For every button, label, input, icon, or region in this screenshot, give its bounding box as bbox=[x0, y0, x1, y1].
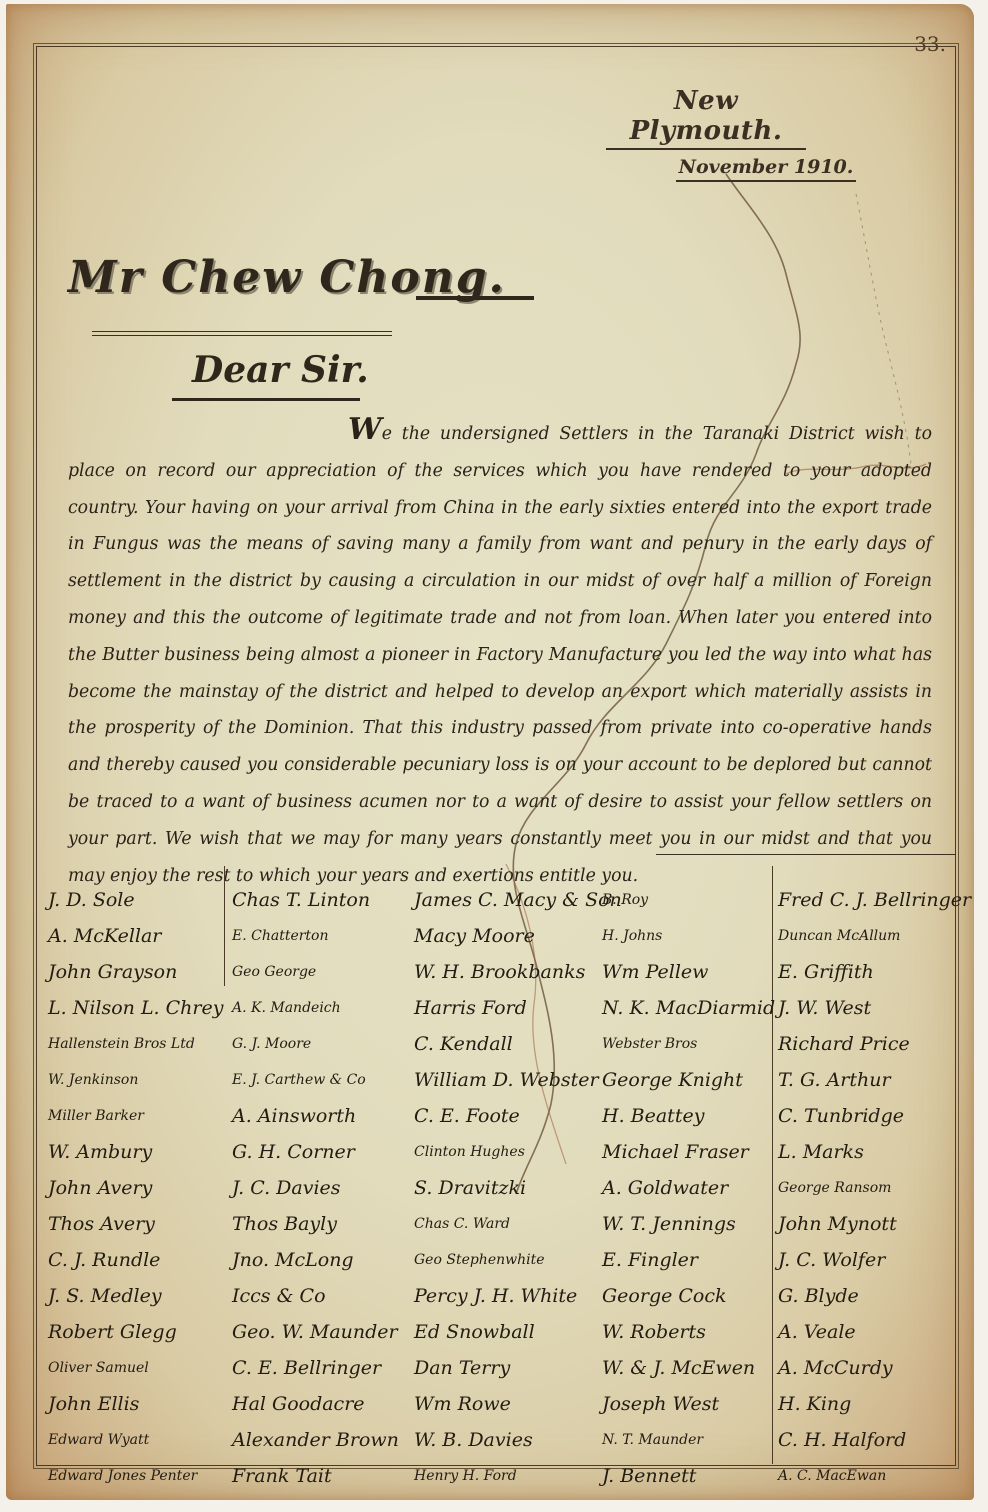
signature-column-5: Fred C. J. Bellringer Duncan McAllum E. … bbox=[778, 882, 971, 1494]
signature: W. Roberts bbox=[602, 1314, 775, 1350]
column-divider bbox=[224, 866, 225, 986]
letter-page: 33. New Plymouth. November 1910. Mr Chew… bbox=[6, 4, 974, 1500]
signature: Henry H. Ford bbox=[414, 1458, 622, 1494]
signature: W. & J. McEwen bbox=[602, 1350, 775, 1386]
signature: J. W. West bbox=[778, 990, 971, 1026]
signature: Richard Price bbox=[778, 1026, 971, 1062]
signature: Frank Tait bbox=[232, 1458, 399, 1494]
signature: Geo George bbox=[232, 954, 399, 990]
signature: Wm Rowe bbox=[414, 1386, 622, 1422]
closing-rule bbox=[656, 854, 956, 855]
signature: Thos Avery bbox=[48, 1206, 223, 1242]
signature: E. Chatterton bbox=[232, 918, 399, 954]
signature: W. H. Brookbanks bbox=[414, 954, 622, 990]
signature: A. McCurdy bbox=[778, 1350, 971, 1386]
signature: A. McKellar bbox=[48, 918, 223, 954]
signature-column-2: Chas T. Linton E. Chatterton Geo George … bbox=[232, 882, 399, 1494]
signature: Robert Glegg bbox=[48, 1314, 223, 1350]
signature: W. Jenkinson bbox=[48, 1062, 223, 1098]
body-text: on record our appreciation of the servic… bbox=[68, 461, 932, 886]
signature: A. Goldwater bbox=[602, 1170, 775, 1206]
signature: Michael Fraser bbox=[602, 1134, 775, 1170]
signature: L. Marks bbox=[778, 1134, 971, 1170]
signature: S. Dravitzki bbox=[414, 1170, 622, 1206]
signature: J. C. Davies bbox=[232, 1170, 399, 1206]
signature: L. Nilson L. Chrey bbox=[48, 990, 223, 1026]
signature: W. Ambury bbox=[48, 1134, 223, 1170]
drop-initial: W bbox=[348, 412, 382, 447]
addressee-underline bbox=[92, 331, 392, 336]
signature: T. G. Arthur bbox=[778, 1062, 971, 1098]
signature: Duncan McAllum bbox=[778, 918, 971, 954]
signature: Dan Terry bbox=[414, 1350, 622, 1386]
signature: Edward Jones Penter bbox=[48, 1458, 223, 1494]
signature: George Knight bbox=[602, 1062, 775, 1098]
signature: A. K. Mandeich bbox=[232, 990, 399, 1026]
signature: Hal Goodacre bbox=[232, 1386, 399, 1422]
signature-column-3: James C. Macy & Son Macy Moore W. H. Bro… bbox=[414, 882, 622, 1494]
signatures-block: J. D. Sole A. McKellar John Grayson L. N… bbox=[36, 866, 954, 1464]
signature: G. Blyde bbox=[778, 1278, 971, 1314]
signature: Iccs & Co bbox=[232, 1278, 399, 1314]
signature: W. T. Jennings bbox=[602, 1206, 775, 1242]
signature: E. Griffith bbox=[778, 954, 971, 990]
signature: H. Johns bbox=[602, 918, 775, 954]
letter-body: We the undersigned Settlers in the Taran… bbox=[68, 412, 932, 894]
signature: J. D. Sole bbox=[48, 882, 223, 918]
signature: Ed Snowball bbox=[414, 1314, 622, 1350]
signature: James C. Macy & Son bbox=[414, 882, 622, 918]
signature: G. J. Moore bbox=[232, 1026, 399, 1062]
signature: B. Roy bbox=[602, 882, 775, 918]
signature-column-1: J. D. Sole A. McKellar John Grayson L. N… bbox=[48, 882, 223, 1494]
signature: John Mynott bbox=[778, 1206, 971, 1242]
signature: C. E. Bellringer bbox=[232, 1350, 399, 1386]
signature: Clinton Hughes bbox=[414, 1134, 622, 1170]
signature: C. J. Rundle bbox=[48, 1242, 223, 1278]
signature: W. B. Davies bbox=[414, 1422, 622, 1458]
signature: N. T. Maunder bbox=[602, 1422, 775, 1458]
signature-column-4: B. Roy H. Johns Wm Pellew N. K. MacDiarm… bbox=[602, 882, 775, 1494]
signature: Geo. W. Maunder bbox=[232, 1314, 399, 1350]
signature: George Ransom bbox=[778, 1170, 971, 1206]
signature: C. E. Foote bbox=[414, 1098, 622, 1134]
signature: George Cock bbox=[602, 1278, 775, 1314]
signature: Joseph West bbox=[602, 1386, 775, 1422]
signature: Wm Pellew bbox=[602, 954, 775, 990]
signature: Hallenstein Bros Ltd bbox=[48, 1026, 223, 1062]
signature: C. Kendall bbox=[414, 1026, 622, 1062]
salutation: Dear Sir. bbox=[192, 349, 369, 391]
signature: J. C. Wolfer bbox=[778, 1242, 971, 1278]
signature: Thos Bayly bbox=[232, 1206, 399, 1242]
signature: Macy Moore bbox=[414, 918, 622, 954]
signature: Alexander Brown bbox=[232, 1422, 399, 1458]
signature: William D. Webster bbox=[414, 1062, 622, 1098]
signature: C. H. Halford bbox=[778, 1422, 971, 1458]
signature: J. Bennett bbox=[602, 1458, 775, 1494]
signature: Chas C. Ward bbox=[414, 1206, 622, 1242]
signature: John Ellis bbox=[48, 1386, 223, 1422]
signature: E. J. Carthew & Co bbox=[232, 1062, 399, 1098]
signature: H. King bbox=[778, 1386, 971, 1422]
signature: Oliver Samuel bbox=[48, 1350, 223, 1386]
signature: Webster Bros bbox=[602, 1026, 775, 1062]
signature: H. Beattey bbox=[602, 1098, 775, 1134]
signature: A. C. MacEwan bbox=[778, 1458, 971, 1494]
signature: A. Veale bbox=[778, 1314, 971, 1350]
signature: G. H. Corner bbox=[232, 1134, 399, 1170]
signature: Jno. McLong bbox=[232, 1242, 399, 1278]
letter-place: New Plymouth. bbox=[606, 86, 806, 150]
signature: Geo Stephenwhite bbox=[414, 1242, 622, 1278]
signature: Fred C. J. Bellringer bbox=[778, 882, 971, 918]
signature: Chas T. Linton bbox=[232, 882, 399, 918]
signature: Harris Ford bbox=[414, 990, 622, 1026]
signature: Edward Wyatt bbox=[48, 1422, 223, 1458]
signature: John Grayson bbox=[48, 954, 223, 990]
signature: J. S. Medley bbox=[48, 1278, 223, 1314]
signature: Percy J. H. White bbox=[414, 1278, 622, 1314]
decorative-rule bbox=[416, 296, 534, 300]
page-number: 33. bbox=[914, 32, 946, 56]
signature: Miller Barker bbox=[48, 1098, 223, 1134]
salutation-underline bbox=[172, 398, 360, 401]
signature: N. K. MacDiarmid bbox=[602, 990, 775, 1026]
signature: A. Ainsworth bbox=[232, 1098, 399, 1134]
letter-date: November 1910. bbox=[676, 156, 856, 182]
signature: John Avery bbox=[48, 1170, 223, 1206]
signature: C. Tunbridge bbox=[778, 1098, 971, 1134]
signature: E. Fingler bbox=[602, 1242, 775, 1278]
